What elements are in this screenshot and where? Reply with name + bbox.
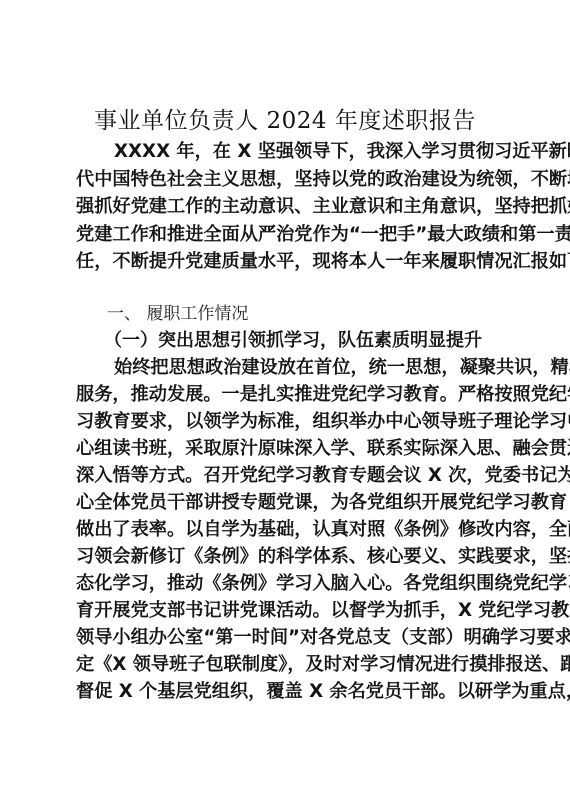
body-line-2: 服务，推动发展。一是扎实推进党纪学习教育。严格按照党纪学 (76, 383, 488, 407)
intro-line-5: 任，不断提升党建质量水平，现将本人一年来履职情况汇报如下： (76, 250, 488, 274)
body-line-7: 做出了表率。以自学为基础，认真对照《条例》修改内容，全面学 (76, 518, 488, 542)
document-page: 事业单位负责人 2024 年度述职报告 XXXX 年，在 X 坚强领导下，我深入… (0, 0, 570, 807)
section-heading: 一、 履职工作情况 (107, 302, 248, 326)
body-line-6: 心全体党员干部讲授专题党课，为各党组织开展党纪学习教育 (76, 491, 488, 515)
subsection-heading: （一）突出思想引领抓学习，队伍素质明显提升 (104, 329, 482, 353)
intro-line-4: 党建工作和推进全面从严治党作为“一把手”最大政绩和第一责 (76, 223, 488, 247)
body-line-4: 心组读书班，采取原汁原味深入学、联系实际深入思、融会贯通 (76, 437, 488, 461)
intro-line-1: XXXX 年，在 X 坚强领导下，我深入学习贯彻习近平新时 (114, 140, 488, 164)
body-line-12: 定《X 领导班子包联制度》，及时对学习情况进行摸排报送、跟进 (76, 653, 488, 677)
document-title: 事业单位负责人 2024 年度述职报告 (0, 106, 570, 136)
intro-line-3: 强抓好党建工作的主动意识、主业意识和主角意识，坚持把抓好 (76, 195, 488, 219)
body-line-3: 习教育要求，以领学为标准，组织举办中心领导班子理论学习中 (76, 410, 488, 434)
body-line-10: 育开展党支部书记讲党课活动。以督学为抓手，X 党纪学习教育 (76, 599, 488, 623)
body-line-8: 习领会新修订《条例》的科学体系、核心要义、实践要求，坚持常 (76, 545, 488, 569)
body-line-5: 深入悟等方式。召开党纪学习教育专题会议 X 次，党委书记为中 (76, 464, 488, 488)
body-line-11: 领导小组办公室“第一时间”对各党总支（支部）明确学习要求，制 (76, 626, 488, 650)
body-line-9: 态化学习，推动《条例》学习入脑入心。各党组织围绕党纪学习教 (76, 572, 488, 596)
intro-line-2: 代中国特色社会主义思想，坚持以党的政治建设为统领，不断增 (76, 168, 488, 192)
body-line-1: 始终把思想政治建设放在首位，统一思想，凝聚共识，精心 (114, 356, 488, 380)
body-line-13: 督促 X 个基层党组织，覆盖 X 余名党员干部。以研学为重点，各 (76, 680, 488, 704)
